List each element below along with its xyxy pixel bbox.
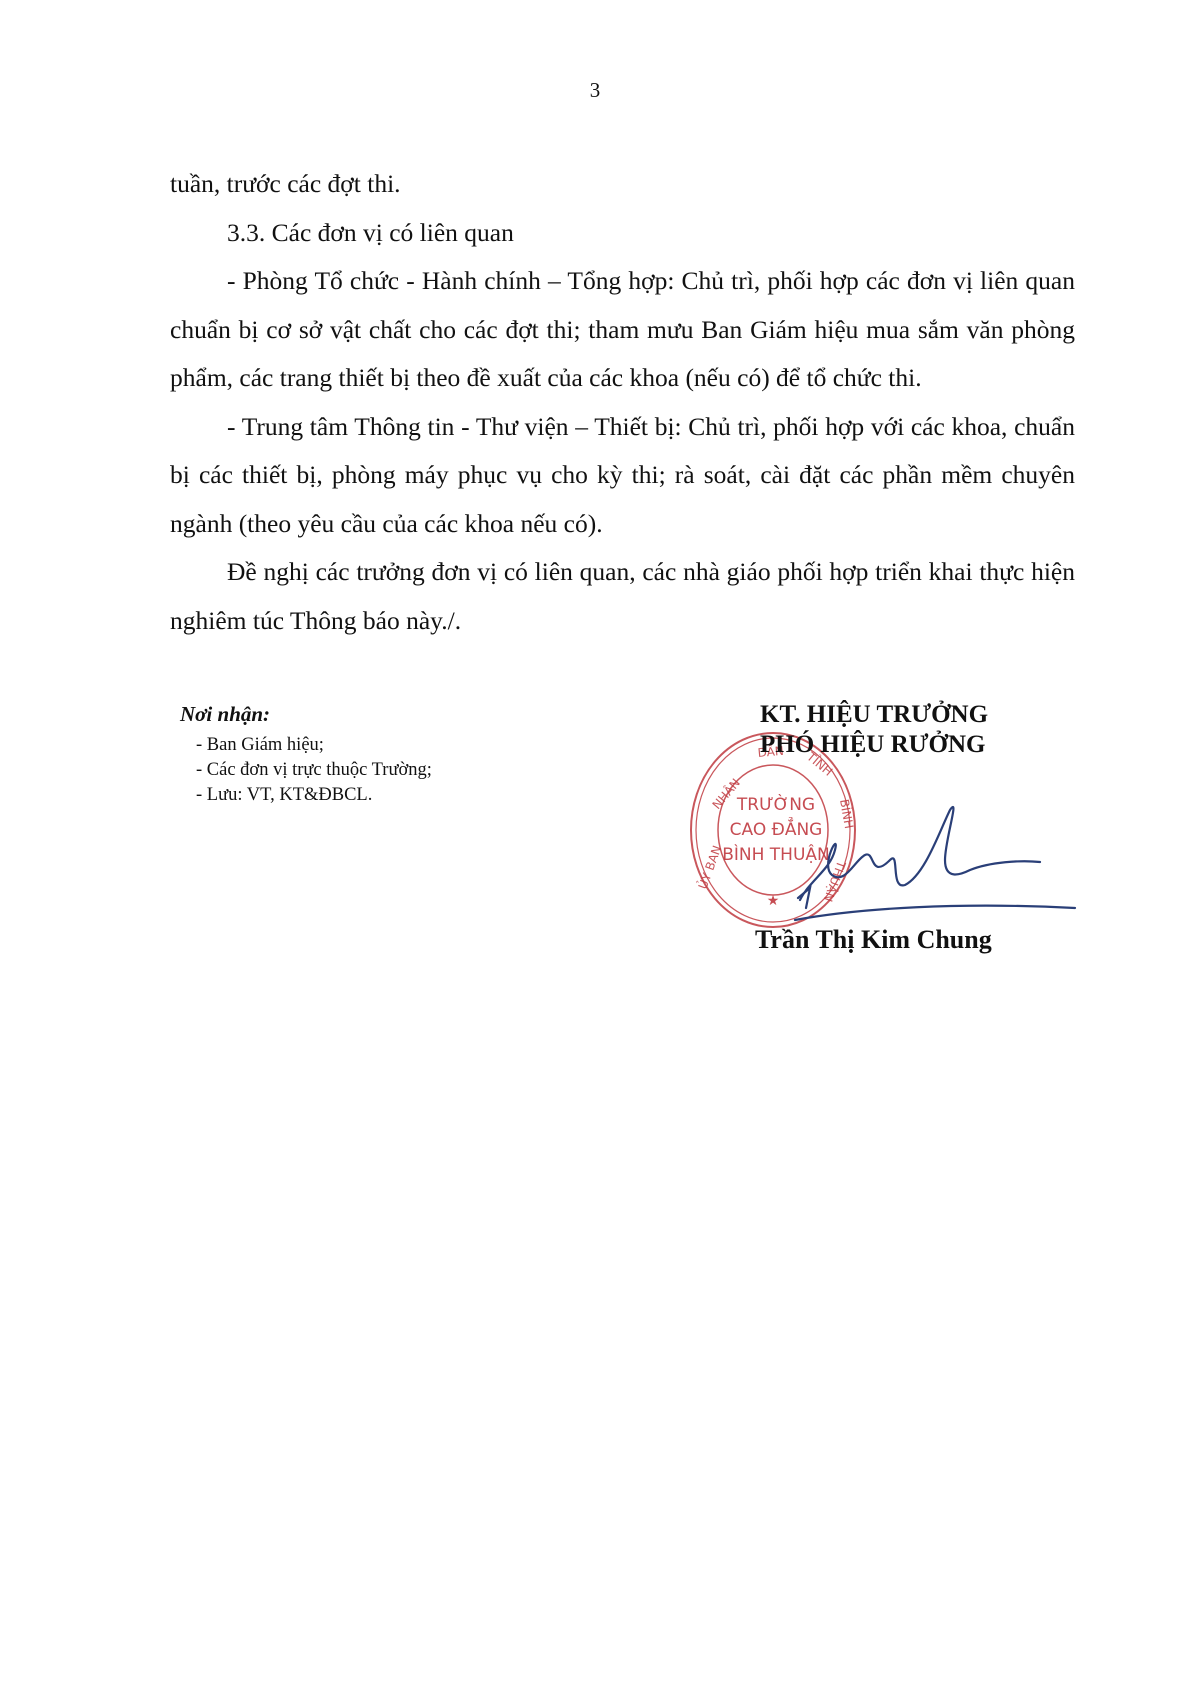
paragraph: - Trung tâm Thông tin - Thư viện – Thiết… bbox=[170, 403, 1075, 549]
section-heading: 3.3. Các đơn vị có liên quan bbox=[170, 209, 1075, 258]
recipient-item: - Các đơn vị trực thuộc Trường; bbox=[180, 758, 432, 783]
signer-title-line2: PHÓ HIỆU RƯỞNG bbox=[760, 730, 988, 760]
recipient-item: - Ban Giám hiệu; bbox=[180, 733, 432, 758]
signer-title: KT. HIỆU TRƯỞNG PHÓ HIỆU RƯỞNG bbox=[760, 700, 988, 760]
page-number: 3 bbox=[0, 78, 1190, 103]
recipient-item: - Lưu: VT, KT&ĐBCL. bbox=[180, 783, 432, 808]
document-body: tuần, trước các đợt thi. 3.3. Các đơn vị… bbox=[170, 160, 1075, 645]
signer-title-line1: KT. HIỆU TRƯỞNG bbox=[760, 700, 988, 730]
recipients-title: Nơi nhận: bbox=[180, 702, 432, 727]
handwritten-signature-icon bbox=[740, 790, 1080, 940]
paragraph: - Phòng Tổ chức - Hành chính – Tổng hợp:… bbox=[170, 257, 1075, 403]
signer-name: Trần Thị Kim Chung bbox=[755, 925, 992, 955]
paragraph: Đề nghị các trưởng đơn vị có liên quan, … bbox=[170, 548, 1075, 645]
recipients-block: Nơi nhận: - Ban Giám hiệu; - Các đơn vị … bbox=[180, 702, 432, 808]
paragraph: tuần, trước các đợt thi. bbox=[170, 160, 1075, 209]
